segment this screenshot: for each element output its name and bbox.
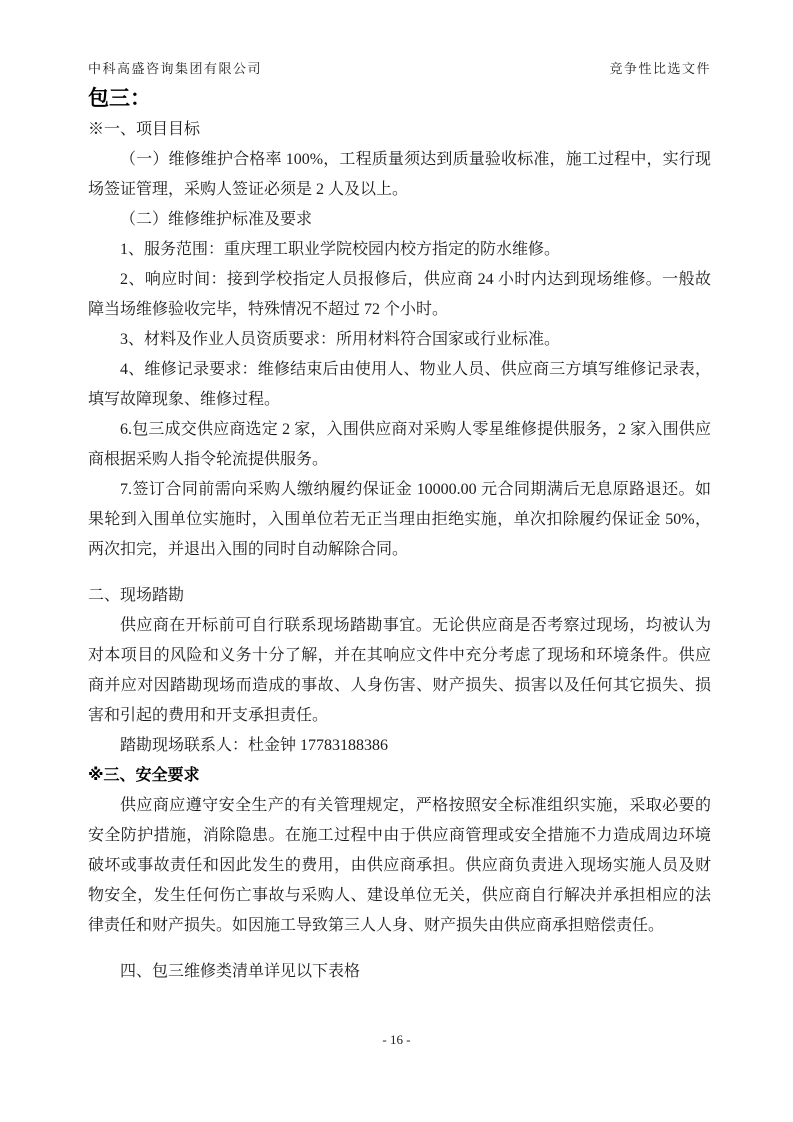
document-page: 中科高盛咨询集团有限公司 竞争性比选文件 包三： ※一、项目目标（一）维修维护合… bbox=[0, 0, 793, 1122]
paragraph: 供应商应遵守安全生产的有关管理规定，严格按照安全标准组织实施，采取必要的安全防护… bbox=[88, 791, 711, 941]
paragraph: 6.包三成交供应商选定 2 家，入围供应商对采购人零星维修提供服务，2 家入围供… bbox=[88, 415, 711, 475]
section-heading: 二、现场踏勘 bbox=[88, 581, 711, 611]
paragraph: 7.签订合同前需向采购人缴纳履约保证金 10000.00 元合同期满后无息原路退… bbox=[88, 475, 711, 565]
page-number: - 16 - bbox=[382, 1032, 410, 1047]
paragraph: 2、响应时间：接到学校指定人员报修后，供应商 24 小时内达到现场维修。一般故障… bbox=[88, 265, 711, 325]
page-content: 中科高盛咨询集团有限公司 竞争性比选文件 包三： ※一、项目目标（一）维修维护合… bbox=[88, 58, 711, 987]
section-heading: ※一、项目目标 bbox=[88, 115, 711, 145]
page-footer: - 16 - bbox=[0, 1032, 793, 1048]
paragraph: 供应商在开标前可自行联系现场踏勘事宜。无论供应商是否考察过现场，均被认为对本项目… bbox=[88, 611, 711, 731]
package-title: 包三： bbox=[88, 86, 711, 111]
paragraph: 踏勘现场联系人：杜金钟 17783188386 bbox=[88, 731, 711, 761]
header-doc-type: 竞争性比选文件 bbox=[609, 58, 711, 77]
paragraph: 四、包三维修类清单详见以下表格 bbox=[88, 957, 711, 987]
section-heading: ※三、安全要求 bbox=[88, 761, 711, 791]
paragraph: （二）维修维护标准及要求 bbox=[88, 205, 711, 235]
header-company-name: 中科高盛咨询集团有限公司 bbox=[88, 58, 262, 77]
paragraph: 3、材料及作业人员资质要求：所用材料符合国家或行业标准。 bbox=[88, 325, 711, 355]
page-header: 中科高盛咨询集团有限公司 竞争性比选文件 bbox=[88, 58, 711, 77]
document-body: ※一、项目目标（一）维修维护合格率 100%，工程质量须达到质量验收标准，施工过… bbox=[88, 115, 711, 987]
paragraph: （一）维修维护合格率 100%，工程质量须达到质量验收标准，施工过程中，实行现场… bbox=[88, 145, 711, 205]
paragraph: 4、维修记录要求：维修结束后由使用人、物业人员、供应商三方填写维修记录表，填写故… bbox=[88, 355, 711, 415]
paragraph: 1、服务范围：重庆理工职业学院校园内校方指定的防水维修。 bbox=[88, 235, 711, 265]
